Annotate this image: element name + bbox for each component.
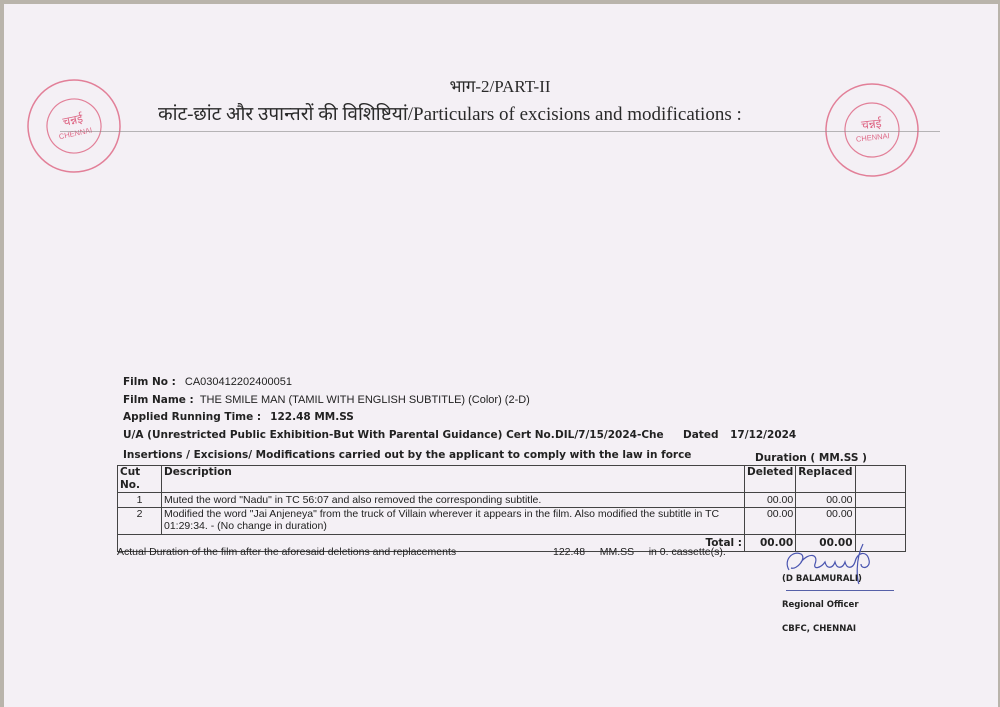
- runtime-label: Applied Running Time :: [123, 411, 261, 423]
- cuts-table: Cut No. Description Deleted Replaced 1 M…: [117, 465, 906, 552]
- cut-description: Muted the word "Nadu" in TC 56:07 and al…: [162, 493, 745, 508]
- film-no-row: Film No : CA030412202400051: [123, 376, 292, 388]
- cut-deleted: 00.00: [745, 508, 796, 535]
- header-deleted: Deleted: [745, 466, 796, 493]
- blank-cell: [855, 493, 906, 508]
- film-name-label: Film Name :: [123, 394, 194, 406]
- signatory-office: CBFC, CHENNAI: [782, 624, 856, 634]
- film-name-row: Film Name : THE SMILE MAN (TAMIL WITH EN…: [123, 394, 530, 406]
- signatory-name: (D BALAMURALI): [782, 574, 862, 584]
- dated-value: 17/12/2024: [730, 429, 796, 441]
- cut-deleted: 00.00: [745, 493, 796, 508]
- part-title: भाग-2/PART-II: [0, 74, 1000, 97]
- cut-description: Modified the word "Jai Anjeneya" from th…: [162, 508, 745, 535]
- stamp-city-hindi: चन्नई: [861, 116, 884, 132]
- signatory-role: Regional Officer: [782, 600, 859, 610]
- blank-cell: [855, 508, 906, 535]
- actual-duration-text: 122.48 MM.SS in 0. cassette(s).: [553, 546, 726, 558]
- signature-line: [786, 590, 894, 591]
- film-name-value: THE SMILE MAN (TAMIL WITH ENGLISH SUBTIT…: [200, 394, 530, 406]
- fold-line: [60, 131, 940, 132]
- cut-number: 2: [118, 508, 162, 535]
- runtime-value: 122.48 MM.SS: [270, 411, 354, 423]
- cut-replaced: 00.00: [796, 508, 855, 535]
- table-header-row: Cut No. Description Deleted Replaced: [118, 466, 906, 493]
- insertions-heading: Insertions / Excisions/ Modifications ca…: [123, 449, 691, 461]
- actual-duration-value: 122.48 MM.SS in 0. cassette(s).: [553, 546, 726, 558]
- table-row: 2 Modified the word "Jai Anjeneya" from …: [118, 508, 906, 535]
- header-replaced: Replaced: [796, 466, 855, 493]
- film-no-value: CA030412202400051: [185, 376, 292, 388]
- certificate-date: Dated 17/12/2024: [683, 429, 796, 441]
- stamp-city: CHENNAI: [856, 131, 891, 143]
- cut-replaced: 00.00: [796, 493, 855, 508]
- cut-number: 1: [118, 493, 162, 508]
- film-no-label: Film No :: [123, 376, 176, 388]
- actual-duration-label: Actual Duration of the film after the af…: [117, 546, 456, 558]
- dated-label: Dated: [683, 429, 718, 441]
- certificate-category: U/A (Unrestricted Public Exhibition-But …: [123, 429, 555, 441]
- section-title: कांट-छांट और उपान्तरों की विशिष्टियां/Pa…: [158, 100, 742, 126]
- header-blank: [855, 466, 906, 493]
- certificate-number: DIL/7/15/2024-Che: [555, 429, 664, 441]
- header-cut-no: Cut No.: [118, 466, 162, 493]
- runtime-row: Applied Running Time : 122.48 MM.SS: [123, 411, 354, 423]
- duration-heading: Duration ( MM.SS ): [755, 452, 867, 464]
- header-description: Description: [162, 466, 745, 493]
- table-row: 1 Muted the word "Nadu" in TC 56:07 and …: [118, 493, 906, 508]
